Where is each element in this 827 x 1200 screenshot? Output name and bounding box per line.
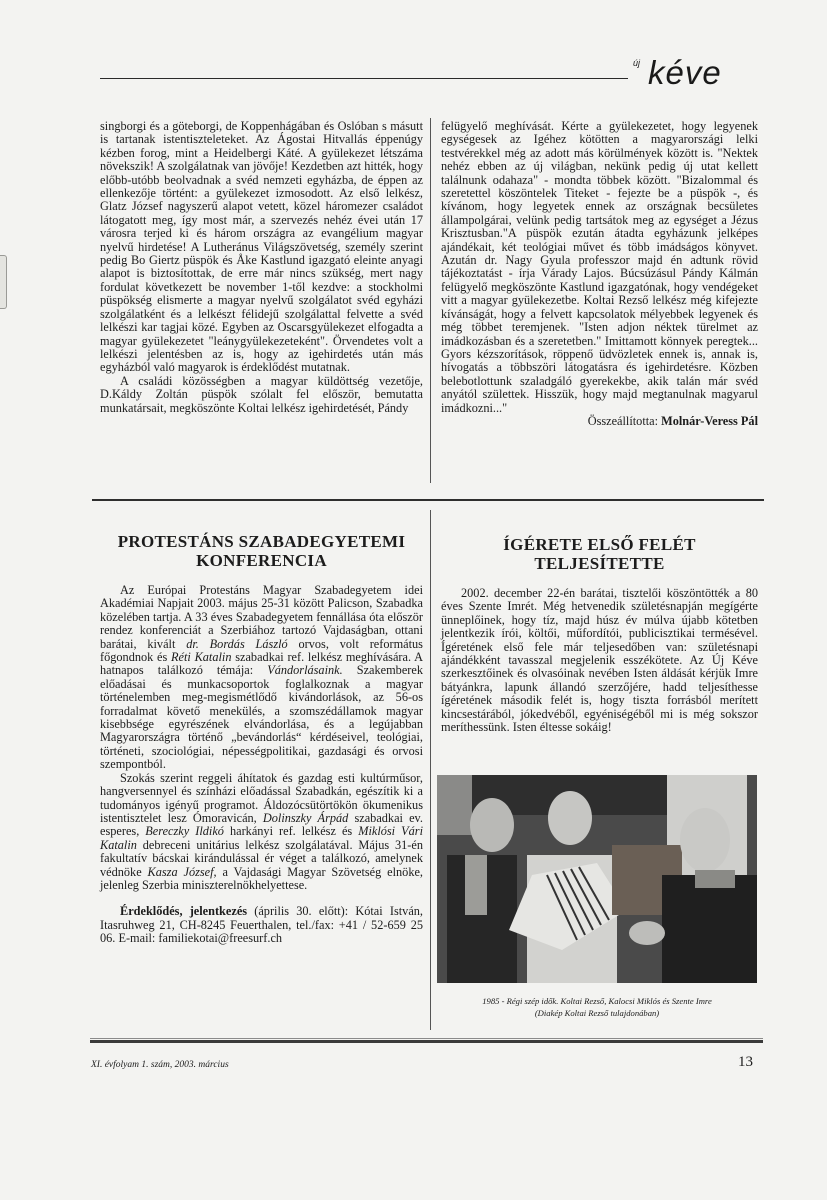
photo-image xyxy=(437,775,757,983)
title-line: ÍGÉRETE ELSŐ FELÉT xyxy=(503,535,695,554)
person-name: Dolinszky Árpád xyxy=(263,811,348,825)
text: harkányi ref. lelkész és xyxy=(224,824,358,838)
text: Szakemberek előadásai és munkacsoportok … xyxy=(100,663,423,771)
logo-small-text: új xyxy=(633,58,640,68)
footer-rule-thin xyxy=(90,1038,763,1039)
paragraph: 2002. december 22-én barátai, tisztelői … xyxy=(441,587,758,734)
top-article-left-column: singborgi és a göteborgi, de Koppenhágáb… xyxy=(100,120,423,415)
photo-musicians xyxy=(437,775,757,983)
paragraph: A családi közösségben a magyar küldöttsé… xyxy=(100,375,423,415)
person-name: dr. Bordás László xyxy=(186,637,288,651)
column-divider xyxy=(430,510,431,1030)
page-number: 13 xyxy=(738,1054,753,1071)
theme: Vándorlásaink. xyxy=(267,663,343,677)
section-divider xyxy=(92,499,764,501)
binder-tab xyxy=(0,255,7,309)
article-igerete-elso-felet: ÍGÉRETE ELSŐ FELÉT TELJESÍTETTE 2002. de… xyxy=(441,535,758,734)
person-name: Bereczky Ildikó xyxy=(145,824,224,838)
column-divider xyxy=(430,118,431,483)
paragraph: singborgi és a göteborgi, de Koppenhágáb… xyxy=(100,120,423,375)
paragraph: Az Európai Protestáns Magyar Szabadegyet… xyxy=(100,584,423,772)
title-line: PROTESTÁNS SZABADEGYETEMI xyxy=(118,532,406,551)
article-title: PROTESTÁNS SZABADEGYETEMI KONFERENCIA xyxy=(100,532,423,570)
issue-info: XI. évfolyam 1. szám, 2003. március xyxy=(91,1060,229,1070)
paragraph: felügyelő meghívását. Kérte a gyülekezet… xyxy=(441,120,758,415)
contact-paragraph: Érdeklődés, jelentkezés (április 30. elő… xyxy=(100,905,423,945)
caption-line: 1985 - Régi szép idők. Koltai Rezső, Kal… xyxy=(437,995,757,1007)
contact-label: Érdeklődés, jelentkezés xyxy=(120,904,247,918)
title-line: TELJESÍTETTE xyxy=(534,554,664,573)
top-article-right-column: felügyelő meghívását. Kérte a gyülekezet… xyxy=(441,120,758,428)
person-name: Réti Katalin xyxy=(171,650,231,664)
logo-main-text: kéve xyxy=(648,54,722,92)
paragraph: Szokás szerint reggeli áhítatok és gazda… xyxy=(100,772,423,893)
footer-rule xyxy=(90,1040,763,1043)
signature: Összeállította: Molnár-Veress Pál xyxy=(441,415,758,428)
title-line: KONFERENCIA xyxy=(196,551,327,570)
article-title: ÍGÉRETE ELSŐ FELÉT TELJESÍTETTE xyxy=(441,535,758,573)
magazine-logo: új kéve xyxy=(630,56,770,96)
signature-label: Összeállította: xyxy=(588,414,661,428)
article-protestans-konferencia: PROTESTÁNS SZABADEGYETEMI KONFERENCIA Az… xyxy=(100,532,423,946)
person-name: Kasza József, xyxy=(148,865,217,879)
caption-line: (Diakép Koltai Rezső tulajdonában) xyxy=(437,1007,757,1019)
photo-caption: 1985 - Régi szép idők. Koltai Rezső, Kal… xyxy=(437,995,757,1019)
signature-name: Molnár-Veress Pál xyxy=(661,414,758,428)
header-rule xyxy=(100,78,628,79)
